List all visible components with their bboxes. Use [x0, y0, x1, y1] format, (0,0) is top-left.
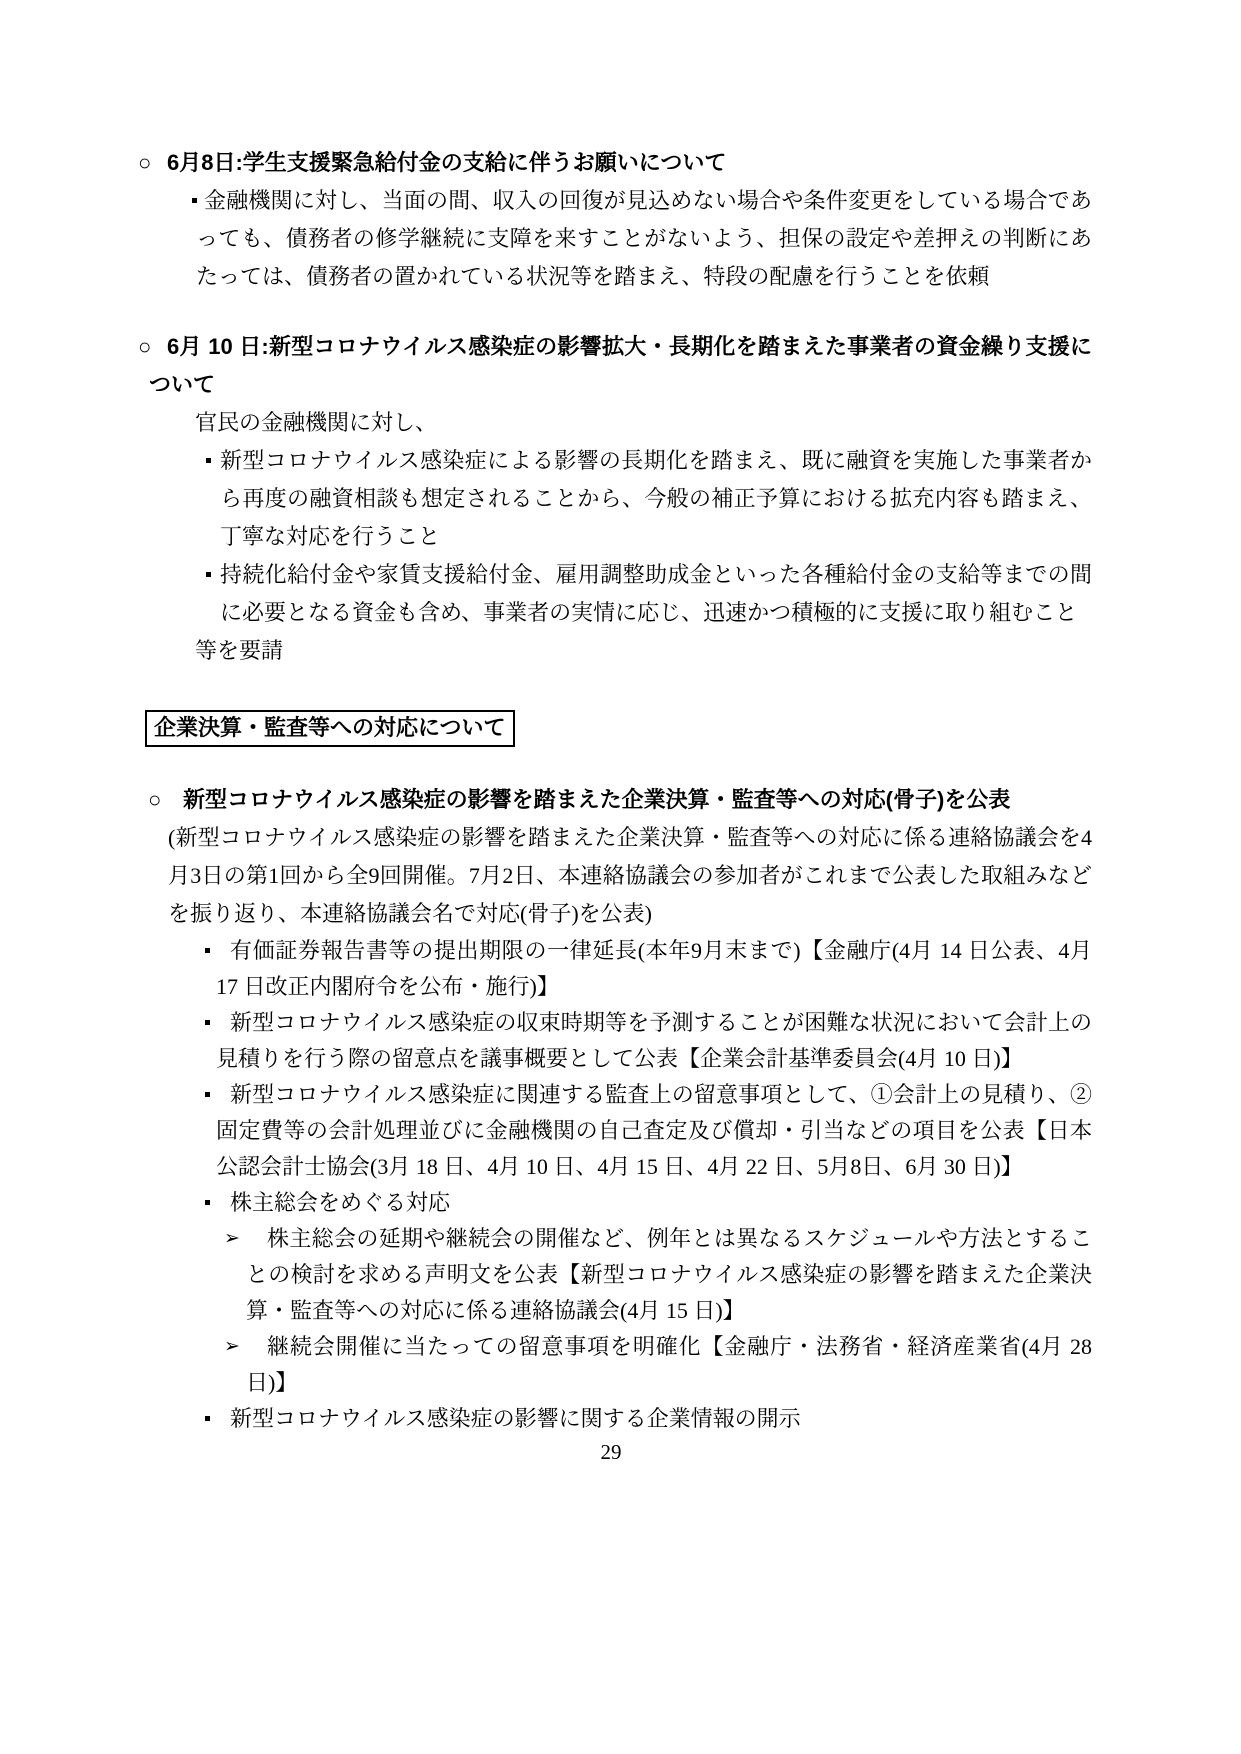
section-june8-title: 6月8日:学生支援緊急給付金の支給に伴うお願いについて [130, 144, 1092, 182]
section-june10-heading: ○ 6月 10 日:新型コロナウイルス感染症の影響拡大・長期化を踏まえた事業者の… [130, 328, 1092, 404]
section-june10-body: 官民の金融機関に対し、 新型コロナウイルス感染症による影響の長期化を踏まえ、既に… [130, 404, 1092, 670]
bullet-text: 有価証券報告書等の提出期限の一律延長(本年9月末まで)【金融庁(4月 14 日公… [216, 938, 1092, 999]
bullet-text: 新型コロナウイルス感染症による影響の長期化を踏まえ、既に融資を実施した事業者から… [220, 448, 1092, 549]
closing-text: 等を要請 [195, 632, 1092, 670]
circle-list-marker: ○ [148, 781, 161, 819]
bullet-text: 金融機関に対し、当面の間、収入の回復が見込めない場合や条件変更をしている場合であ… [196, 188, 1092, 289]
sub-bullet-item: ➢継続会開催に当たっての留意事項を明確化【金融庁・法務省・経済産業省(4月 28… [130, 1329, 1092, 1401]
sub-bullet-item: ➢株主総会の延期や継続会の開催など、例年とは異なるスケジュールや方法とすることの… [130, 1221, 1092, 1329]
boxed-chapter-heading: 企業決算・監査等への対応について [145, 710, 515, 747]
square-bullet-icon [205, 1092, 210, 1097]
parenthetical-note: (新型コロナウイルス感染症の影響を踏まえた企業決算・監査等への対応に係る連絡協議… [168, 819, 1092, 933]
arrow-bullet-icon: ➢ [224, 1221, 240, 1257]
page-content: ○ 6月8日:学生支援緊急給付金の支給に伴うお願いについて 金融機関に対し、当面… [0, 0, 1241, 1466]
sub-bullet-text: 継続会開催に当たっての留意事項を明確化【金融庁・法務省・経済産業省(4月 28 … [246, 1334, 1092, 1395]
bullet-item: 有価証券報告書等の提出期限の一律延長(本年9月末まで)【金融庁(4月 14 日公… [130, 933, 1092, 1005]
bullet-item: 持続化給付金や家賃支援給付金、雇用調整助成金といった各種給付金の支給等までの間に… [130, 556, 1092, 632]
square-bullet-icon [205, 1416, 210, 1421]
bullet-item: 金融機関に対し、当面の間、収入の回復が見込めない場合や条件変更をしている場合であ… [130, 182, 1092, 296]
square-bullet-icon [205, 1200, 210, 1205]
square-bullet-icon [206, 572, 211, 577]
bullet-text: 株主総会をめぐる対応 [230, 1190, 450, 1215]
lead-text: 官民の金融機関に対し、 [195, 404, 1092, 442]
circle-list-marker: ○ [138, 328, 151, 366]
arrow-bullet-icon: ➢ [224, 1329, 240, 1365]
square-bullet-icon [192, 198, 197, 203]
section-kessan-heading: ○ 新型コロナウイルス感染症の影響を踏まえた企業決算・監査等への対応(骨子)を公… [130, 781, 1092, 819]
square-bullet-icon [206, 458, 211, 463]
square-bullet-icon [205, 1020, 210, 1025]
bullet-text: 新型コロナウイルス感染症に関連する監査上の留意事項として、①会計上の見積り、②固… [216, 1082, 1092, 1179]
bullet-item: 株主総会をめぐる対応 [130, 1185, 1092, 1221]
boxed-heading-row: 企業決算・監査等への対応について [130, 710, 1092, 747]
bullet-item: 新型コロナウイルス感染症に関連する監査上の留意事項として、①会計上の見積り、②固… [130, 1077, 1092, 1185]
circle-list-marker: ○ [138, 144, 151, 182]
section-kessan-title: 新型コロナウイルス感染症の影響を踏まえた企業決算・監査等への対応(骨子)を公表 [130, 781, 1092, 819]
bullet-text: 持続化給付金や家賃支援給付金、雇用調整助成金といった各種給付金の支給等までの間に… [220, 562, 1092, 625]
page-number: 29 [130, 1438, 1092, 1466]
square-bullet-icon [205, 948, 210, 953]
sub-bullet-text: 株主総会の延期や継続会の開催など、例年とは異なるスケジュールや方法とすることの検… [246, 1226, 1092, 1323]
bullet-text: 新型コロナウイルス感染症の収束時期等を予測することが困難な状況において会計上の見… [216, 1010, 1092, 1071]
section-june8-body: 金融機関に対し、当面の間、収入の回復が見込めない場合や条件変更をしている場合であ… [130, 182, 1092, 296]
bullet-text: 新型コロナウイルス感染症の影響に関する企業情報の開示 [230, 1406, 801, 1431]
section-june8-heading: ○ 6月8日:学生支援緊急給付金の支給に伴うお願いについて [130, 144, 1092, 182]
bullet-item: 新型コロナウイルス感染症による影響の長期化を踏まえ、既に融資を実施した事業者から… [130, 442, 1092, 556]
bullet-item: 新型コロナウイルス感染症の収束時期等を予測することが困難な状況において会計上の見… [130, 1005, 1092, 1077]
document-page: ○ 6月8日:学生支援緊急給付金の支給に伴うお願いについて 金融機関に対し、当面… [0, 0, 1241, 1754]
section-june10-title: 6月 10 日:新型コロナウイルス感染症の影響拡大・長期化を踏まえた事業者の資金… [130, 328, 1092, 404]
bullet-item: 新型コロナウイルス感染症の影響に関する企業情報の開示 [130, 1401, 1092, 1437]
section-kessan-body: (新型コロナウイルス感染症の影響を踏まえた企業決算・監査等への対応に係る連絡協議… [130, 819, 1092, 1437]
